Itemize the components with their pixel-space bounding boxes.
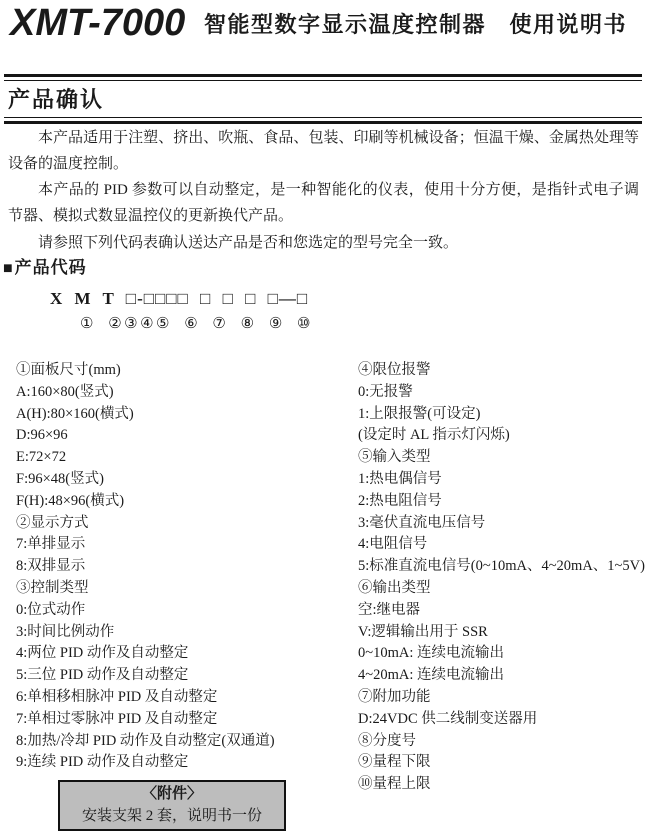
spec-line: 0:位式动作 — [16, 600, 358, 622]
spec-line: ⑧分度号 — [358, 731, 645, 753]
spec-line: 空:继电器 — [358, 600, 645, 622]
paragraph: 请参照下列代码表确认送达产品是否和您选定的型号完全一致。 — [8, 230, 639, 256]
spec-line: 5:三位 PID 动作及自动整定 — [16, 665, 358, 687]
brand-logo: XMT-7000 — [10, 2, 185, 45]
spec-line: ⑦附加功能 — [358, 687, 645, 709]
spec-line: ⑩量程上限 — [358, 774, 645, 796]
spec-line: 4~20mA: 连续电流输出 — [358, 665, 645, 687]
spec-line: ①面板尺寸(mm) — [16, 360, 358, 382]
spec-column-left: ①面板尺寸(mm)A:160×80(竖式)A(H):80×160(横式)D:96… — [16, 360, 358, 831]
double-rule-top — [4, 74, 642, 81]
spec-line: A:160×80(竖式) — [16, 382, 358, 404]
spec-line: D:24VDC 供二线制变送器用 — [358, 709, 645, 731]
spec-column-right: ④限位报警0:无报警1:上限报警(可设定)(设定时 AL 指示灯闪烁)⑤输入类型… — [358, 360, 645, 796]
spec-line: 7:单相过零脉冲 PID 及自动整定 — [16, 709, 358, 731]
paragraph: 本产品适用于注塑、挤出、吹瓶、食品、包装、印刷等机械设备；恒温干燥、金属热处理等… — [8, 125, 639, 177]
spec-line: 0:无报警 — [358, 382, 645, 404]
spec-line: 3:毫伏直流电压信号 — [358, 513, 645, 535]
spec-line: E:72×72 — [16, 447, 358, 469]
spec-line: ⑤输入类型 — [358, 447, 645, 469]
attachment-box-title: 〈附件〉 — [60, 783, 284, 805]
section-heading-product-confirmation: 产品确认 — [8, 83, 104, 114]
manual-page: XMT-7000 智能型数字显示温度控制器 使用说明书 产品确认 本产品适用于注… — [0, 0, 645, 834]
spec-list-left: ①面板尺寸(mm)A:160×80(竖式)A(H):80×160(横式)D:96… — [16, 360, 358, 774]
spec-line: 1:热电偶信号 — [358, 469, 645, 491]
spec-list-right: ④限位报警0:无报警1:上限报警(可设定)(设定时 AL 指示灯闪烁)⑤输入类型… — [358, 360, 645, 796]
spec-line: 4:电阻信号 — [358, 534, 645, 556]
attachment-box: 〈附件〉 安装支架 2 套，说明书一份 — [58, 780, 286, 831]
spec-line: 3:时间比例动作 — [16, 622, 358, 644]
model-code-line: X M T □-□□□□ □ □ □ □—□ — [50, 289, 308, 309]
spec-line: 5:标准直流电信号(0~10mA、4~20mA、1~5V) — [358, 556, 645, 578]
attachment-box-content: 安装支架 2 套，说明书一份 — [60, 805, 284, 827]
product-code-heading-label: 产品代码 — [15, 258, 87, 277]
spec-line: 2:热电阻信号 — [358, 491, 645, 513]
spec-line: ⑨量程下限 — [358, 752, 645, 774]
spec-line: 8:加热/冷却 PID 动作及自动整定(双通道) — [16, 731, 358, 753]
spec-line: (设定时 AL 指示灯闪烁) — [358, 425, 645, 447]
page-title: 智能型数字显示温度控制器 使用说明书 — [204, 9, 634, 40]
spec-line: D:96×96 — [16, 425, 358, 447]
spec-line: 9:连续 PID 动作及自动整定 — [16, 752, 358, 774]
spec-line: 0~10mA: 连续电流输出 — [358, 643, 645, 665]
model-code-index-line: ① ②③④⑤ ⑥ ⑦ ⑧ ⑨ ⑩ — [80, 314, 313, 333]
spec-line: F:96×48(竖式) — [16, 469, 358, 491]
paragraph: 本产品的 PID 参数可以自动整定，是一种智能化的仪表，使用十分方便，是指针式电… — [8, 177, 639, 229]
spec-line: A(H):80×160(横式) — [16, 404, 358, 426]
product-code-heading: ■产品代码 — [3, 253, 87, 278]
spec-line: 1:上限报警(可设定) — [358, 404, 645, 426]
black-square-icon: ■ — [3, 260, 14, 277]
spec-line: F(H):48×96(横式) — [16, 491, 358, 513]
double-rule-bottom — [4, 117, 642, 124]
spec-columns: ①面板尺寸(mm)A:160×80(竖式)A(H):80×160(横式)D:96… — [16, 360, 645, 831]
spec-line: 7:单排显示 — [16, 534, 358, 556]
spec-line: ⑥输出类型 — [358, 578, 645, 600]
intro-paragraphs: 本产品适用于注塑、挤出、吹瓶、食品、包装、印刷等机械设备；恒温干燥、金属热处理等… — [8, 125, 639, 256]
spec-line: 8:双排显示 — [16, 556, 358, 578]
spec-line: ②显示方式 — [16, 513, 358, 535]
spec-line: ④限位报警 — [358, 360, 645, 382]
spec-line: V:逻辑输出用于 SSR — [358, 622, 645, 644]
spec-line: ③控制类型 — [16, 578, 358, 600]
spec-line: 6:单相移相脉冲 PID 及自动整定 — [16, 687, 358, 709]
spec-line: 4:两位 PID 动作及自动整定 — [16, 643, 358, 665]
